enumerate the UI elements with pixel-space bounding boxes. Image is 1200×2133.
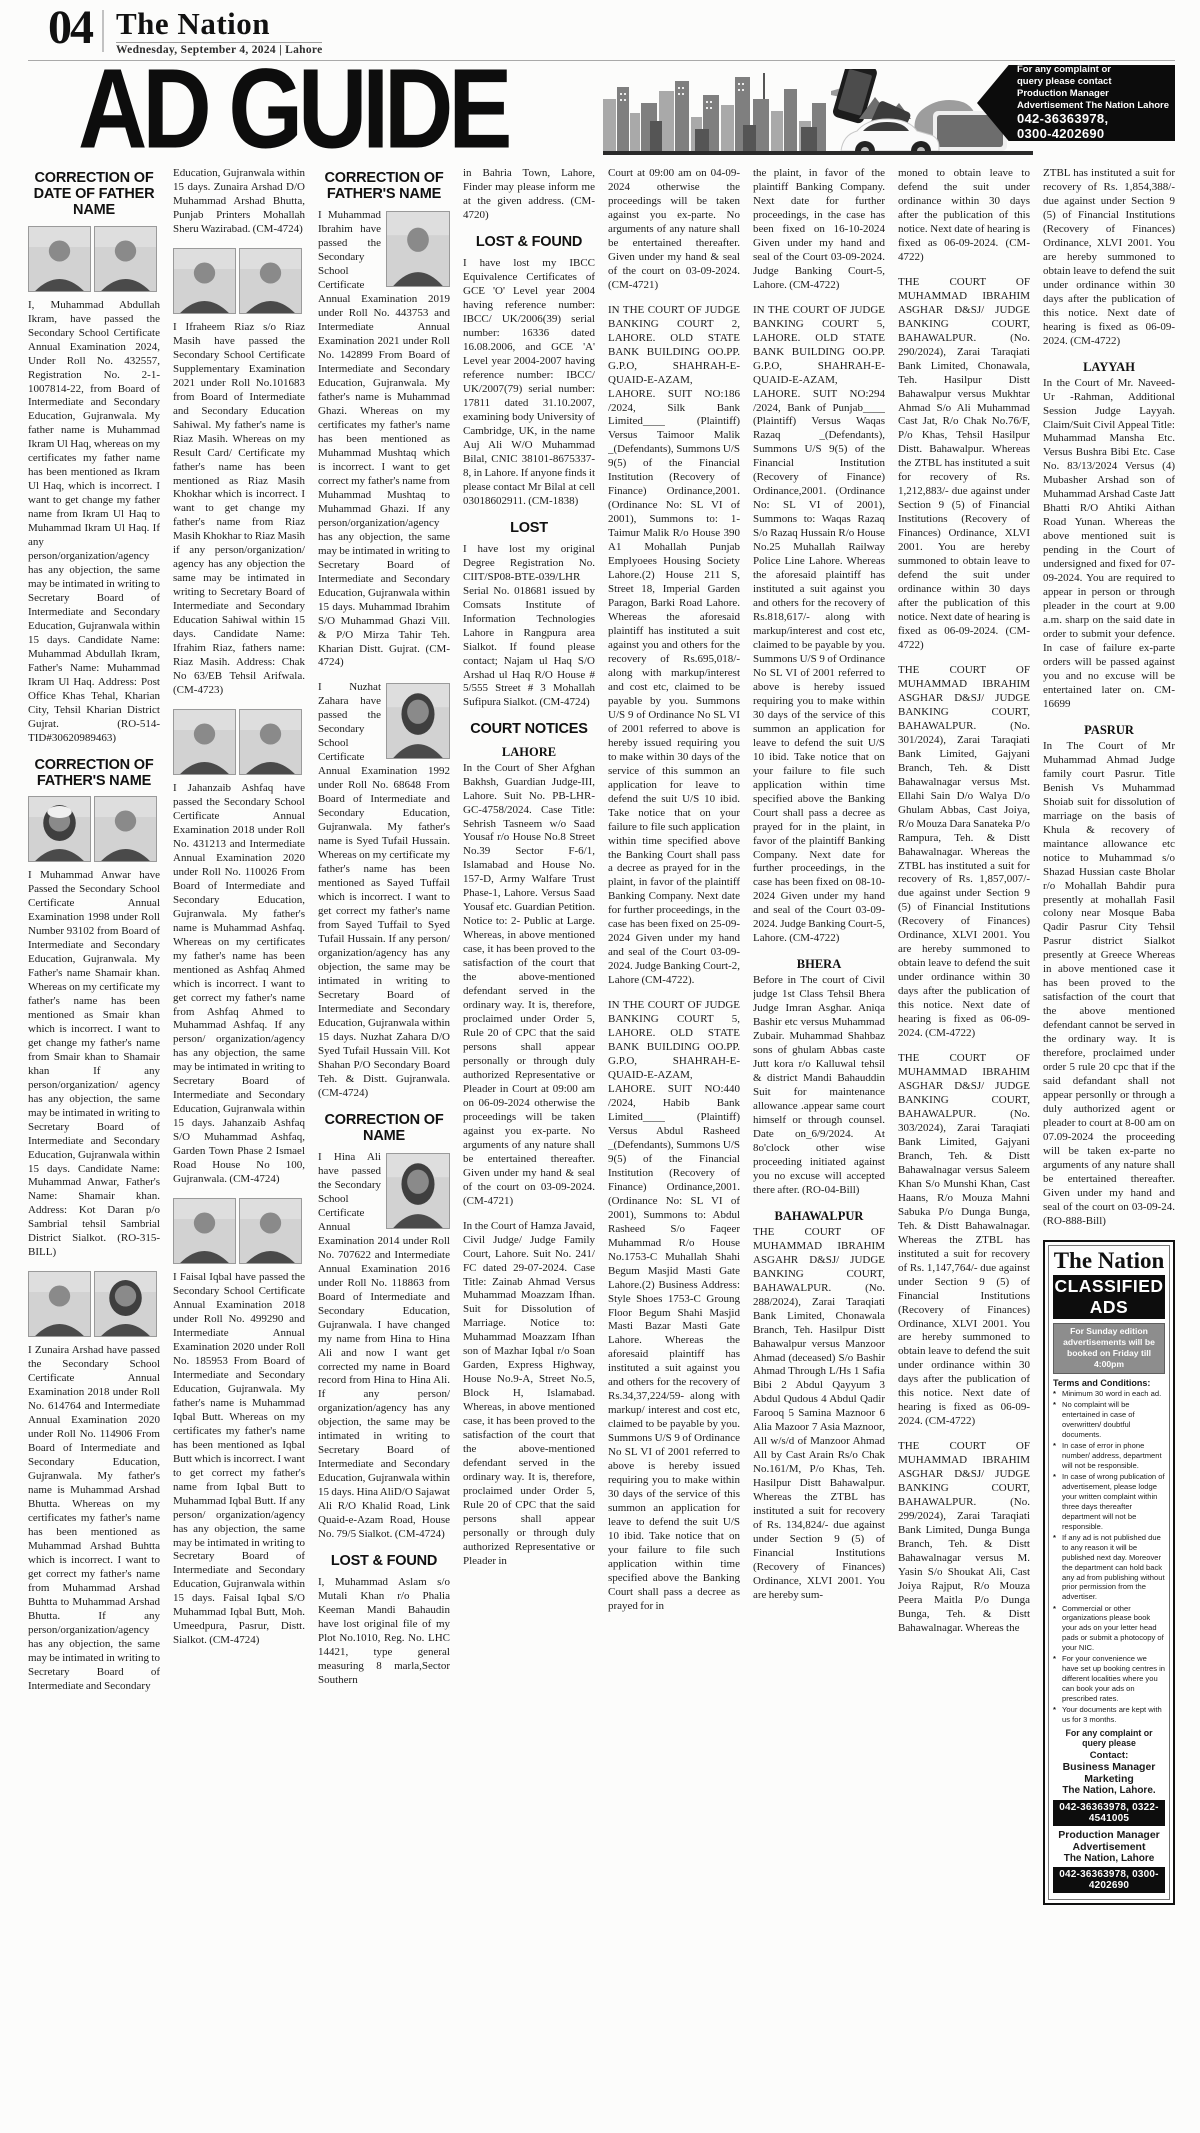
classified-term-text: For your convenience we have set up book…: [1062, 1654, 1165, 1703]
ad-text-with-photo: I Hina Ali have passed the Secondary Sch…: [318, 1151, 450, 1542]
classified-term-item: *In case of wrong publication of adverti…: [1053, 1472, 1165, 1531]
classified-contact-phone: 042-36363978, 0322-4541005: [1053, 1800, 1165, 1826]
ad-text: IN THE COURT OF JUDGE BANKING COURT 2, L…: [608, 304, 740, 988]
ad-text: I, Muhammad Aslam s/o Mutali Khan r/o Ph…: [318, 1576, 450, 1688]
portrait-photo: [28, 1271, 91, 1337]
classified-term-item: *No complaint will be entertained in cas…: [1053, 1400, 1165, 1439]
ad-text: I have lost my original Degree Registrat…: [463, 543, 595, 711]
classified-contact-label: Contact:: [1053, 1750, 1165, 1761]
man-portrait-icon: [174, 249, 235, 313]
portrait-photo-pair: [28, 226, 160, 292]
ad-text: Before in The court of Civil judge 1st C…: [753, 974, 885, 1198]
bullet-icon: *: [1053, 1533, 1059, 1602]
ad-text: I have lost my IBCC Equivalence Certific…: [463, 257, 595, 508]
bullet-icon: *: [1053, 1441, 1059, 1471]
city-heading: PASRUR: [1043, 723, 1175, 738]
ad-text: THE COURT OF MUHAMMAD IBRAHIM ASGHAR D&S…: [898, 1052, 1030, 1429]
bullet-icon: *: [1053, 1472, 1059, 1531]
ad-text: I, Muhammad Abdullah Ikram, have passed …: [28, 299, 160, 746]
bearded-man-portrait-icon: [95, 797, 156, 861]
classified-contact-phone: 042-36363978, 0300-4202690: [1053, 1867, 1165, 1893]
ad-text: THE COURT OF MUHAMMAD IBRAHIM ASGHAR D&S…: [898, 1440, 1030, 1636]
ad-guide-title: AD GUIDE: [78, 64, 507, 157]
portrait-photo: [173, 709, 236, 775]
ad-text: IN THE COURT OF JUDGE BANKING COURT 5, L…: [753, 304, 885, 947]
bullet-icon: *: [1053, 1705, 1059, 1725]
classified-term-text: Minimum 30 word in each ad.: [1062, 1389, 1161, 1399]
classified-ads-inner: The NationCLASSIFIED ADSFor Sunday editi…: [1048, 1245, 1170, 1900]
classified-contact-org: The Nation, Lahore.: [1053, 1785, 1165, 1797]
portrait-photo: [386, 211, 450, 287]
ad-column-4: in Bahria Town, Lahore, Finder may pleas…: [463, 167, 595, 2112]
turban-man-portrait-icon: [29, 797, 90, 861]
classified-title: CLASSIFIED ADS: [1053, 1275, 1165, 1319]
ad-text: In the Court of Sher Afghan Bakhsh, Guar…: [463, 762, 595, 1209]
ad-column-6: the plaint, in favor of the plaintiff Ba…: [753, 167, 885, 2112]
contact-phone: 042-36363978,: [1017, 112, 1175, 127]
classified-term-text: If any ad is not published due to any re…: [1062, 1533, 1165, 1602]
classified-term-text: Your documents are kept with us for 3 mo…: [1062, 1705, 1165, 1725]
bearded-man-portrait-icon: [174, 710, 235, 774]
contact-line: Production Manager: [1017, 88, 1175, 100]
ad-text: I Jahanzaib Ashfaq have passed the Secon…: [173, 782, 305, 1187]
ad-text: moned to obtain leave to defend the suit…: [898, 167, 1030, 265]
classified-complaint-line: For any complaint or query please: [1053, 1728, 1165, 1748]
portrait-photo-pair: [173, 1198, 305, 1264]
section-heading: CORRECTION OF FATHER'S NAME: [28, 757, 160, 789]
ad-text: in Bahria Town, Lahore, Finder may pleas…: [463, 167, 595, 223]
portrait-photo: [94, 1271, 157, 1337]
ad-text: IN THE COURT OF JUDGE BANKING COURT 5, L…: [608, 999, 740, 1614]
city-heading: LAYYAH: [1043, 360, 1175, 375]
bullet-icon: *: [1053, 1604, 1059, 1653]
hijab-girl-portrait-icon: [95, 1272, 156, 1336]
ad-column-5: Court at 09:00 am on 04-09-2024 otherwis…: [608, 167, 740, 2112]
section-heading: LOST: [463, 520, 595, 536]
portrait-photo-pair: [28, 1271, 160, 1337]
ad-text: THE COURT OF MUHAMMAD IBRAHIM ASGHAR D&S…: [898, 276, 1030, 653]
ad-column-2: Education, Gujranwala within 15 days. Zu…: [173, 167, 305, 2112]
contact-line: query please contact: [1017, 76, 1175, 88]
classified-terms-title: Terms and Conditions:: [1053, 1378, 1165, 1388]
section-heading: COURT NOTICES: [463, 721, 595, 737]
older-man-portrait-icon: [174, 1199, 235, 1263]
classified-term-text: No complaint will be entertained in case…: [1062, 1400, 1165, 1439]
portrait-photo: [173, 248, 236, 314]
portrait-photo-pair: [28, 796, 160, 862]
section-heading: LOST & FOUND: [318, 1553, 450, 1569]
portrait-photo: [94, 796, 157, 862]
classified-term-item: *Commercial or other organizations pleas…: [1053, 1604, 1165, 1653]
paper-name: The Nation: [116, 8, 322, 39]
ad-text: Court at 09:00 am on 04-09-2024 otherwis…: [608, 167, 740, 293]
hijab-woman-portrait-icon: [387, 1154, 449, 1228]
portrait-photo: [239, 1198, 302, 1264]
portrait-photo-pair: [173, 248, 305, 314]
portrait-photo: [94, 226, 157, 292]
portrait-photo: [239, 709, 302, 775]
ad-text: I Faisal Iqbal have passed the Secondary…: [173, 1271, 305, 1648]
classified-term-text: Commercial or other organizations please…: [1062, 1604, 1165, 1653]
classified-contact-name: Production Manager Advertisement: [1053, 1829, 1165, 1853]
ad-text: Education, Gujranwala within 15 days. Zu…: [173, 167, 305, 237]
ad-text-with-photo: I Nuzhat Zahara have passed the Secondar…: [318, 681, 450, 1100]
ad-column-8: ZTBL has instituted a suit for recovery …: [1043, 167, 1175, 2112]
ad-text: ZTBL has instituted a suit for recovery …: [1043, 167, 1175, 349]
contact-line: For any complaint or: [1017, 64, 1175, 76]
ad-guide-banner: AD GUIDE: [28, 63, 1175, 151]
ad-column-3: CORRECTION OF FATHER'S NAMEI Muhammad Ib…: [318, 167, 450, 2112]
portrait-photo-pair: [173, 709, 305, 775]
portrait-photo: [28, 796, 91, 862]
classified-term-item: *In case of error in phone number/ addre…: [1053, 1441, 1165, 1471]
man-portrait-icon: [387, 212, 449, 286]
classified-ads-box: The NationCLASSIFIED ADSFor Sunday editi…: [1043, 1240, 1175, 1905]
section-heading: LOST & FOUND: [463, 234, 595, 250]
classified-paper-name: The Nation: [1053, 1249, 1165, 1273]
ad-column-7: moned to obtain leave to defend the suit…: [898, 167, 1030, 2112]
city-skyline-illustration: [603, 69, 1033, 155]
classified-contact-org: The Nation, Lahore: [1053, 1853, 1165, 1865]
ad-text: the plaint, in favor of the plaintiff Ba…: [753, 167, 885, 293]
section-heading: CORRECTION OF FATHER'S NAME: [318, 170, 450, 202]
ad-columns: CORRECTION OF DATE OF FATHER NAMEI, Muha…: [28, 167, 1175, 2112]
classified-term-text: In case of error in phone number/ addres…: [1062, 1441, 1165, 1471]
hijab-woman-portrait-icon: [387, 684, 449, 758]
ad-text: In The Court of Mr Muhammad Ahmad Judge …: [1043, 740, 1175, 1229]
ad-column-1: CORRECTION OF DATE OF FATHER NAMEI, Muha…: [28, 167, 160, 2112]
section-heading: CORRECTION OF DATE OF FATHER NAME: [28, 170, 160, 219]
portrait-photo: [239, 248, 302, 314]
bullet-icon: *: [1053, 1654, 1059, 1703]
classified-term-item: *Minimum 30 word in each ad.: [1053, 1389, 1165, 1399]
classified-term-item: *Your documents are kept with us for 3 m…: [1053, 1705, 1165, 1725]
portrait-photo: [173, 1198, 236, 1264]
classified-term-item: *For your convenience we have set up boo…: [1053, 1654, 1165, 1703]
boy-portrait-icon: [95, 227, 156, 291]
section-heading: CORRECTION OF NAME: [318, 1112, 450, 1144]
ad-text: In the Court of Hamza Javaid, Civil Judg…: [463, 1220, 595, 1569]
city-heading: BAHAWALPUR: [753, 1209, 885, 1224]
man-portrait-icon: [29, 1272, 90, 1336]
ad-text: I Muhammad Anwar have Passed the Seconda…: [28, 869, 160, 1260]
classified-booking-note: For Sunday edition advertisements will b…: [1053, 1323, 1165, 1374]
ad-text: In the Court of Mr. Naveed-Ur -Rahman, A…: [1043, 377, 1175, 712]
ad-text: I Zunaira Arshad have passed the Seconda…: [28, 1344, 160, 1693]
bullet-icon: *: [1053, 1389, 1059, 1399]
contact-phone: 0300-4202690: [1017, 127, 1175, 142]
young-man-portrait-icon: [240, 249, 301, 313]
ad-text: THE COURT OF MUHAMMAD IBRAHIM ASGHAR D&S…: [898, 664, 1030, 1041]
portrait-photo: [386, 683, 450, 759]
portrait-photo: [386, 1153, 450, 1229]
ad-text: THE COURT OF MUHAMMAD IBRAHIM ASGAHR D&S…: [753, 1226, 885, 1603]
page-number: 04: [48, 8, 92, 49]
ad-text: I Ifraheem Riaz s/o Riaz Masih have pass…: [173, 321, 305, 698]
ad-text-with-photo: I Muhammad Ibrahim have passed the Secon…: [318, 209, 450, 670]
bullet-icon: *: [1053, 1400, 1059, 1439]
man-portrait-icon: [29, 227, 90, 291]
classified-term-text: In case of wrong publication of advertis…: [1062, 1472, 1165, 1531]
portrait-photo: [28, 226, 91, 292]
city-heading: BHERA: [753, 957, 885, 972]
complaint-contact-box: For any complaint or query please contac…: [977, 65, 1175, 141]
boy-portrait-icon: [240, 710, 301, 774]
newspaper-page: 04 The Nation Wednesday, September 4, 20…: [0, 0, 1200, 2112]
city-heading: LAHORE: [463, 745, 595, 760]
classified-contact-name: Business Manager Marketing: [1053, 1761, 1165, 1785]
classified-term-item: *If any ad is not published due to any r…: [1053, 1533, 1165, 1602]
bearded-young-man-portrait-icon: [240, 1199, 301, 1263]
